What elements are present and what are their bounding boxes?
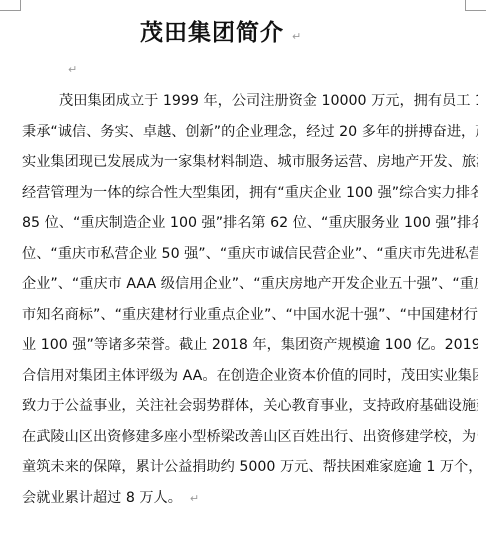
text-line: 秉承“诚信、务实、卓越、创新”的企业理念，经过 20 多年的拼搏奋进，茂田: [22, 117, 478, 148]
paragraph-mark-icon: ↵: [68, 63, 77, 76]
text-line: 市知名商标”、“重庆建材行业重点企业”、“中国水泥十强”、“中国建材行: [22, 300, 478, 331]
text-line: 实业集团现已发展成为一家集材料制造、城市服务运营、房地产开发、旅游酒店: [22, 147, 478, 178]
text-line-last: 会就业累计超过 8 万人。↵: [22, 483, 478, 514]
text-line: 在武陵山区出资修建多座小型桥梁改善山区百姓出行、出资修建学校，为留守儿: [22, 422, 478, 453]
text-line: 经营管理为一体的综合性大型集团，拥有“重庆企业 100 强”综合实力排名第: [22, 178, 478, 209]
text-line: 85 位、“重庆制造企业 100 强”排名第 62 位、“重庆服务业 100 强…: [22, 208, 478, 239]
text-line: 业 100 强”等诸多荣誉。截止 2018 年，集团资产规模逾 100 亿。20…: [22, 330, 478, 361]
document-page: 茂田集团简介↵ ↵ 茂田集团成立于 1999 年，公司注册资金 10000 万元…: [0, 0, 497, 552]
crop-mark-top-left: [0, 0, 21, 11]
paragraph-mark-icon: ↵: [292, 30, 302, 43]
paragraph-mark-icon: ↵: [190, 492, 199, 505]
document-title[interactable]: 茂田集团简介↵: [140, 14, 302, 47]
text-line: 合信用对集团主体评级为 AA。在创造企业资本价值的同时，茂田实业集团一直: [22, 361, 478, 392]
text-line: 童筑未来的保障，累计公益捐助约 5000 万元、帮扶困难家庭逾 1 万个，拉动社: [22, 452, 478, 483]
text-line: 位、“重庆市私营企业 50 强”、“重庆市诚信民营企业”、“重庆市先进私营: [22, 239, 478, 270]
crop-mark-top-right: [465, 0, 486, 11]
title-text: 茂田集团简介: [140, 20, 284, 46]
text-line: 企业”、“重庆市 AAA 级信用企业”、“重庆房地产开发企业五十强”、“重庆: [22, 269, 478, 300]
text-line: 茂田集团成立于 1999 年，公司注册资金 10000 万元，拥有员工 1000…: [22, 86, 478, 117]
empty-paragraph[interactable]: ↵: [68, 58, 77, 77]
text-line: 致力于公益事业，关注社会弱势群体，关心教育事业，支持政府基础设施建设。: [22, 391, 478, 422]
body-paragraph[interactable]: 茂田集团成立于 1999 年，公司注册资金 10000 万元，拥有员工 1000…: [22, 86, 478, 513]
last-line-text: 会就业累计超过 8 万人。: [22, 490, 182, 506]
